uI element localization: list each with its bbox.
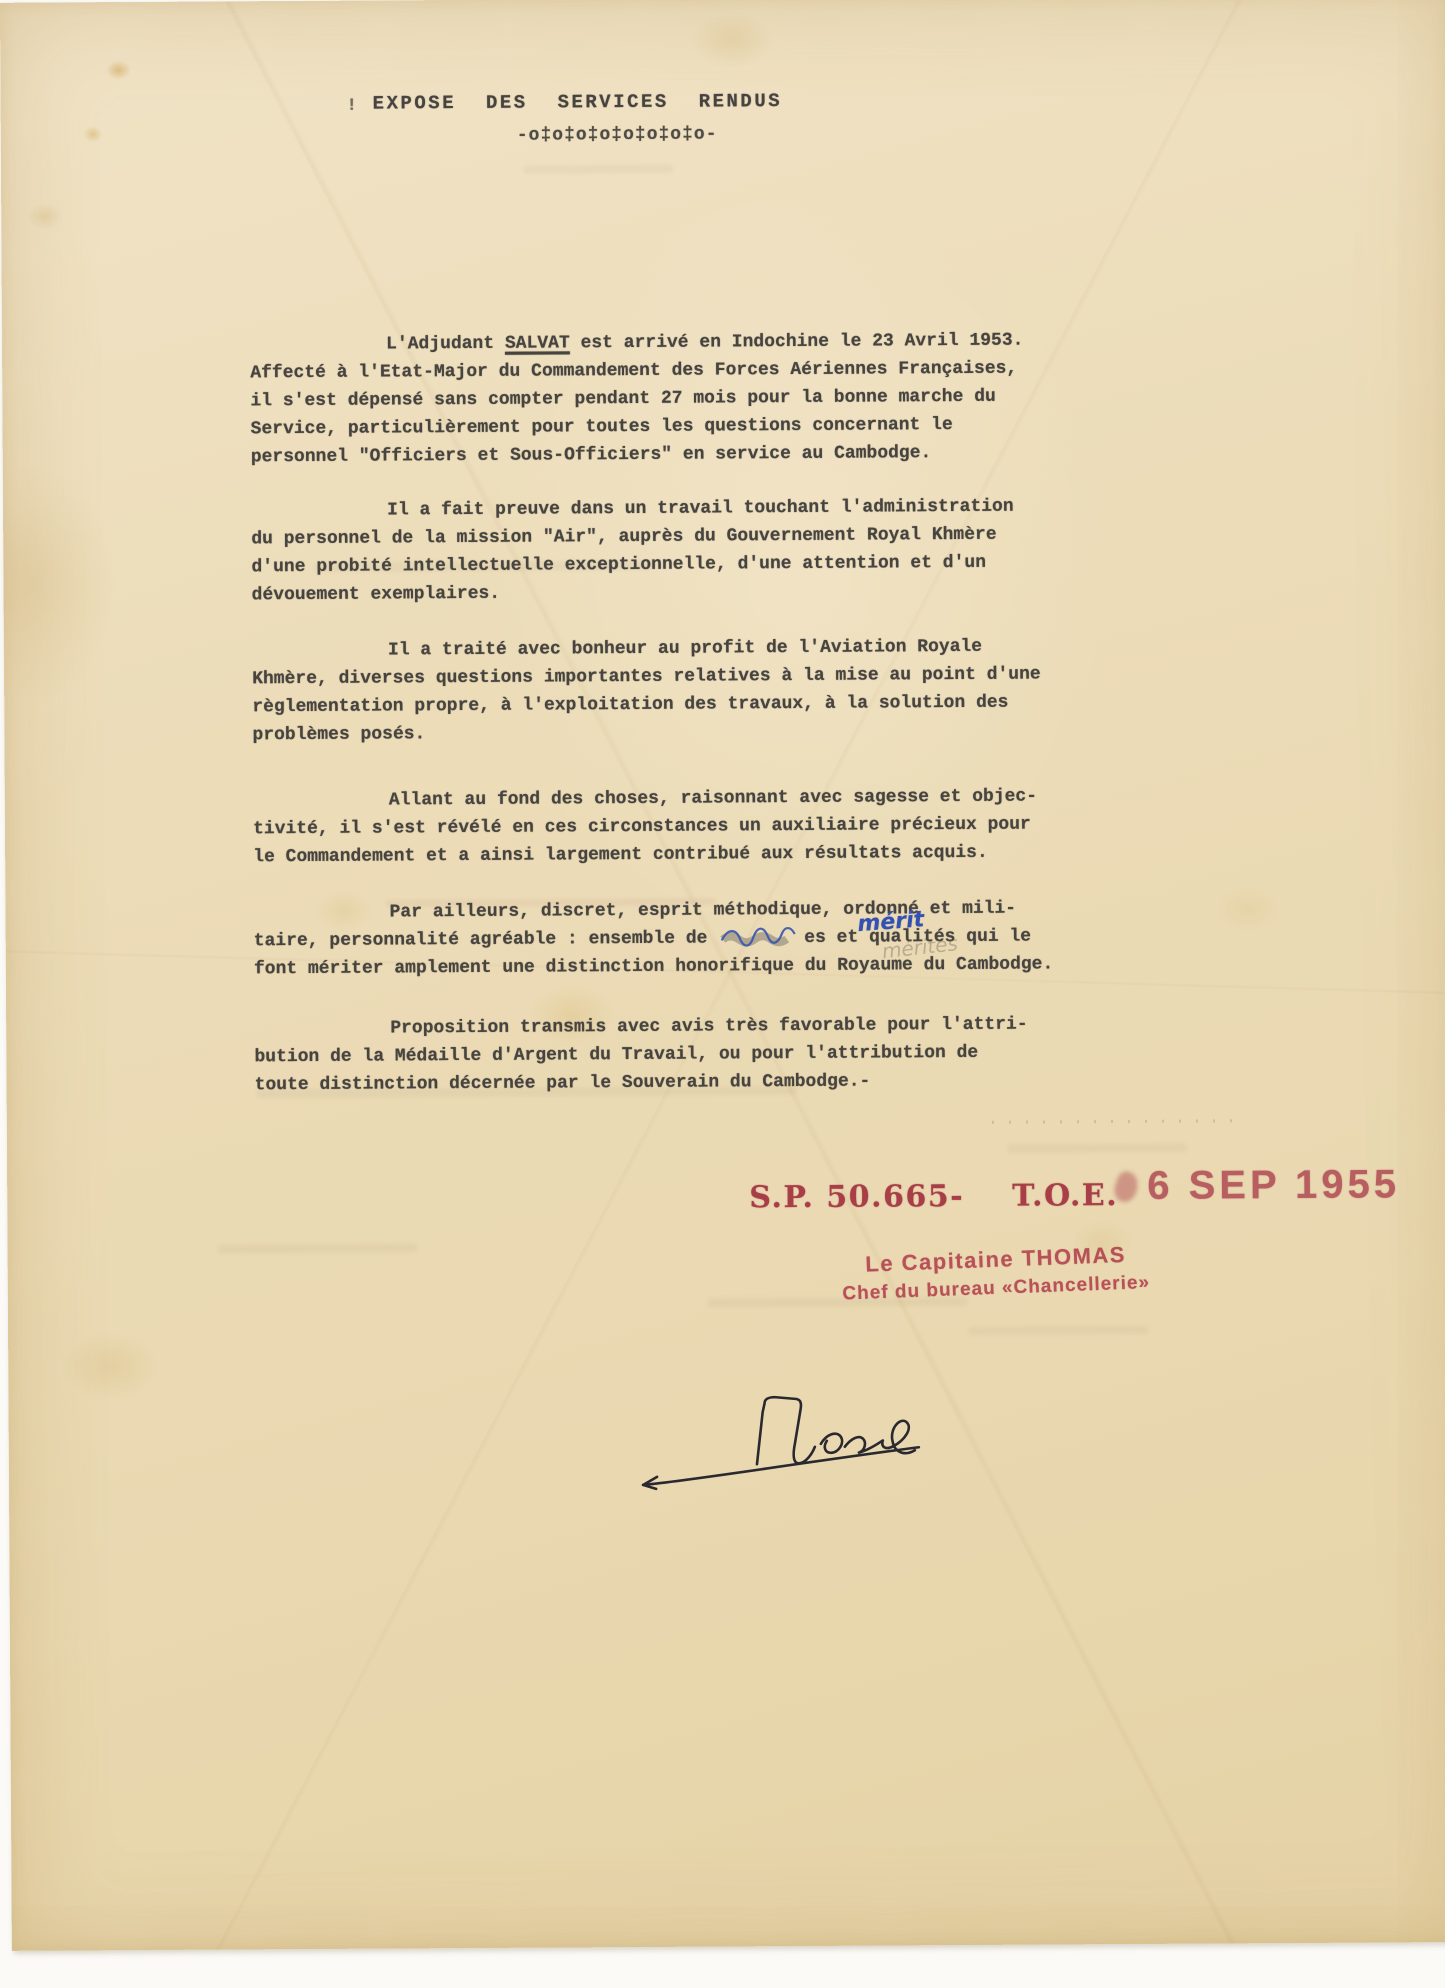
field-post-number: S.P. 50.665- [749,1179,964,1215]
bleed-through [218,1243,418,1253]
paragraph-5: Par ailleurs, discret, esprit méthodique… [254,894,1126,983]
date-stamp-text: 6 SEP 1955 [1147,1162,1400,1209]
signature-handwriting [630,1383,931,1505]
officer-stamp-line2: Chef du bureau «Chancellerie» [842,1272,1150,1306]
field-post-toe: T.O.E. [1012,1178,1118,1214]
field-post-stamp: S.P. 50.665- T.O.E. [749,1178,1118,1215]
paragraph-2: Il a fait preuve dans un travail touchan… [251,492,1124,609]
subject-name-underlined: SALVAT [505,333,570,353]
paragraph-4: Allant au fond des choses, raisonnant av… [253,782,1125,871]
letter-body: L'Adjudant SALVAT est arrivé en Indochin… [250,326,1127,1099]
date-stamp: 6 SEP 1955 [1115,1162,1400,1209]
scanned-document: ! EXPOSE DES SERVICES RENDUS -o‡o‡o‡o‡o‡… [0,0,1445,1988]
paragraph-6: Proposition transmis avec avis très favo… [254,1010,1126,1099]
stray-typed-mark: ! [347,97,357,116]
bleed-through [523,165,673,174]
perforation-dots [992,1119,1242,1124]
title-ornament: -o‡o‡o‡o‡o‡o‡o‡o- [517,124,718,145]
document-title: EXPOSE DES SERVICES RENDUS [373,90,783,115]
paragraph-1-post: est arrivé en Indochine le 23 Avril 1953… [250,331,1023,468]
bleed-through [968,1326,1148,1335]
paragraph-1-pre: L'Adjudant [386,334,505,355]
bleed-through [1007,1144,1187,1153]
ink-smudge [1111,1169,1141,1204]
officer-stamp: Le Capitaine THOMAS Chef du bureau «Chan… [841,1241,1151,1306]
crossed-out-word: mérit [718,926,804,947]
paper-sheet: ! EXPOSE DES SERVICES RENDUS -o‡o‡o‡o‡o‡… [0,0,1445,1951]
paragraph-1: L'Adjudant SALVAT est arrivé en Indochin… [250,326,1123,471]
paragraph-3: Il a traité avec bonheur au profit de l'… [252,632,1125,749]
